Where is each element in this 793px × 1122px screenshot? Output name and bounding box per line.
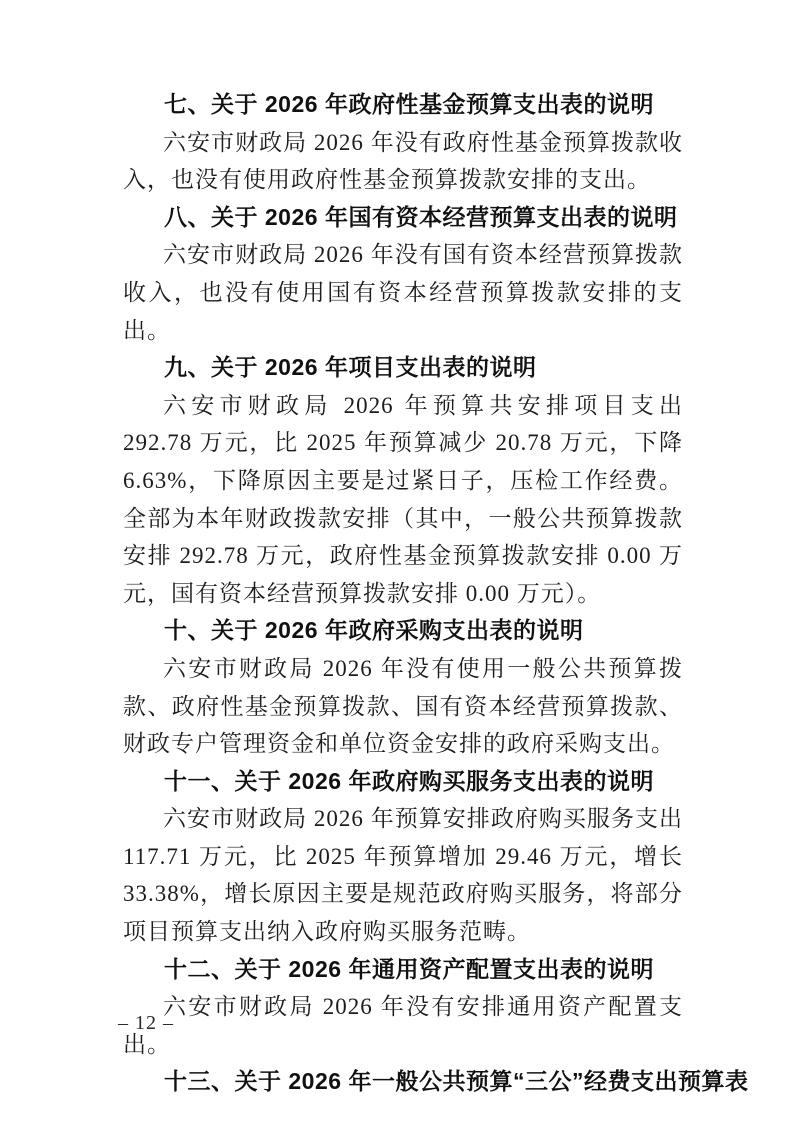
section-paragraph: 六安市财政局 2026 年没有使用一般公共预算拨款、政府性基金预算拨款、国有资本…	[123, 650, 683, 763]
section-paragraph: 六安市财政局 2026 年没有安排通用资产配置支出。	[123, 988, 683, 1063]
section-paragraph: 六安市财政局 2026 年没有国有资本经营预算拨款收入，也没有使用国有资本经营预…	[123, 236, 683, 349]
section-7: 七、关于 2026 年政府性基金预算支出表的说明 六安市财政局 2026 年没有…	[123, 86, 683, 199]
section-13: 十三、关于 2026 年一般公共预算“三公”经费支出预算表	[123, 1063, 683, 1101]
page-number: – 12 –	[118, 1012, 174, 1035]
section-heading: 十一、关于 2026 年政府购买服务支出表的说明	[123, 763, 683, 801]
section-11: 十一、关于 2026 年政府购买服务支出表的说明 六安市财政局 2026 年预算…	[123, 763, 683, 951]
section-10: 十、关于 2026 年政府采购支出表的说明 六安市财政局 2026 年没有使用一…	[123, 612, 683, 762]
section-heading: 十、关于 2026 年政府采购支出表的说明	[123, 612, 683, 650]
section-paragraph: 六安市财政局 2026 年预算共安排项目支出 292.78 万元，比 2025 …	[123, 387, 683, 613]
section-heading: 八、关于 2026 年国有资本经营预算支出表的说明	[123, 199, 683, 237]
section-paragraph: 六安市财政局 2026 年预算安排政府购买服务支出 117.71 万元，比 20…	[123, 800, 683, 950]
section-heading: 九、关于 2026 年项目支出表的说明	[123, 349, 683, 387]
document-page: 七、关于 2026 年政府性基金预算支出表的说明 六安市财政局 2026 年没有…	[0, 0, 793, 1122]
section-12: 十二、关于 2026 年通用资产配置支出表的说明 六安市财政局 2026 年没有…	[123, 951, 683, 1064]
document-content: 七、关于 2026 年政府性基金预算支出表的说明 六安市财政局 2026 年没有…	[123, 86, 683, 1101]
section-heading: 十二、关于 2026 年通用资产配置支出表的说明	[123, 951, 683, 989]
section-heading: 十三、关于 2026 年一般公共预算“三公”经费支出预算表	[123, 1063, 683, 1101]
section-heading: 七、关于 2026 年政府性基金预算支出表的说明	[123, 86, 683, 124]
section-8: 八、关于 2026 年国有资本经营预算支出表的说明 六安市财政局 2026 年没…	[123, 199, 683, 349]
section-9: 九、关于 2026 年项目支出表的说明 六安市财政局 2026 年预算共安排项目…	[123, 349, 683, 612]
section-paragraph: 六安市财政局 2026 年没有政府性基金预算拨款收入，也没有使用政府性基金预算拨…	[123, 124, 683, 199]
